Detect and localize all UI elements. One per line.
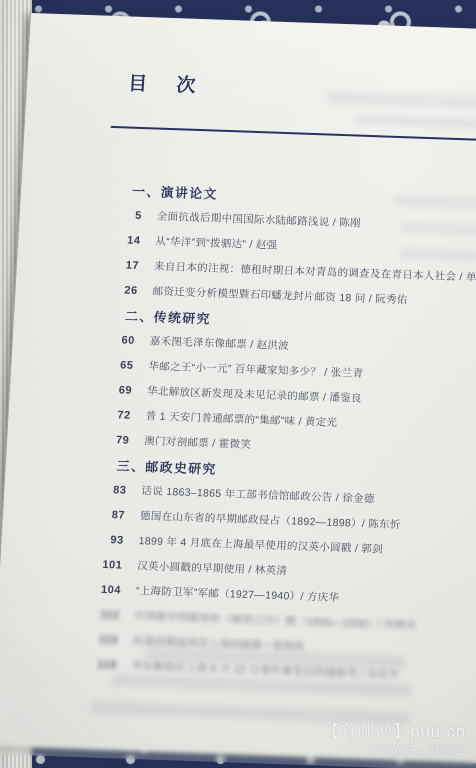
watermark: 【普邮网】puu.cn 2005–2024 bbox=[323, 722, 466, 762]
toc-item-page-number: 14 bbox=[18, 230, 141, 246]
toc-item-title: 全面抗战后期中国国际水陆邮路浅说 / 陈刚 bbox=[156, 209, 361, 231]
watermark-years: 2005–2024 bbox=[323, 742, 466, 762]
watermark-site: 【普邮网】puu.cn bbox=[323, 722, 466, 742]
toc-item-page-number: 69 bbox=[10, 380, 133, 396]
toc-item-page-number: 104 bbox=[0, 580, 121, 596]
toc-item-page-number: 87 bbox=[3, 505, 126, 521]
toc-item-title: 华邮之王“小一元” 百年藏家知多少？ / 张兰青 bbox=[148, 358, 364, 380]
toc-item-title: 华北解放区新发现及未见记录的邮票 / 潘鉴良 bbox=[147, 383, 363, 405]
toc-item-page-number: 65 bbox=[11, 355, 134, 371]
toc-item-page-number: 83 bbox=[4, 480, 127, 496]
toc-item-title: 邮资迁变分析模型暨石印蟠龙封片邮资 18 问 / 阮秀佑 bbox=[152, 283, 408, 307]
toc-item-page-number: 101 bbox=[0, 555, 123, 571]
title-rule bbox=[111, 126, 476, 143]
toc-item-page-number: 5 bbox=[20, 205, 143, 221]
toc-item-title: “上海防卫军”军邮（1927—1940）/ 方庆华 bbox=[135, 583, 339, 605]
book-page: 目 次 一、演讲论文5全面抗战后期中国国际水陆邮路浅说 / 陈刚14从“华洋”到… bbox=[0, 13, 476, 764]
toc-item-title: 澳门对剖邮票 / 霍微笑 bbox=[144, 433, 252, 452]
toc-item-title: 从“华洋”到“拨驷达” / 赵强 bbox=[155, 234, 278, 253]
toc-item-title: 1899 年 4 月底在上海最早使用的汉英小圆戳 / 郭剑 bbox=[138, 533, 383, 557]
toc-item-title: 普 1 天安门普通邮票的“集邮”味 / 黄定光 bbox=[145, 408, 338, 430]
toc-item-title: 嘉禾图毛泽东像邮票 / 赵洪波 bbox=[149, 333, 289, 353]
toc-item-title: 汉英小圆戳的早期使用 / 林英清 bbox=[137, 558, 288, 578]
toc-item-page-number: 72 bbox=[8, 405, 131, 421]
toc-item-page-number: 93 bbox=[1, 530, 124, 546]
page-title: 目 次 bbox=[128, 68, 209, 98]
toc-item-page-number: 79 bbox=[7, 430, 130, 446]
toc-item-title: 话说 1863–1865 年工部书信馆邮政公告 / 徐金德 bbox=[141, 483, 375, 506]
toc-item-page-number: 26 bbox=[15, 280, 138, 296]
toc-item-page-number: 60 bbox=[13, 330, 136, 346]
toc-item-page-number: 17 bbox=[17, 255, 140, 271]
